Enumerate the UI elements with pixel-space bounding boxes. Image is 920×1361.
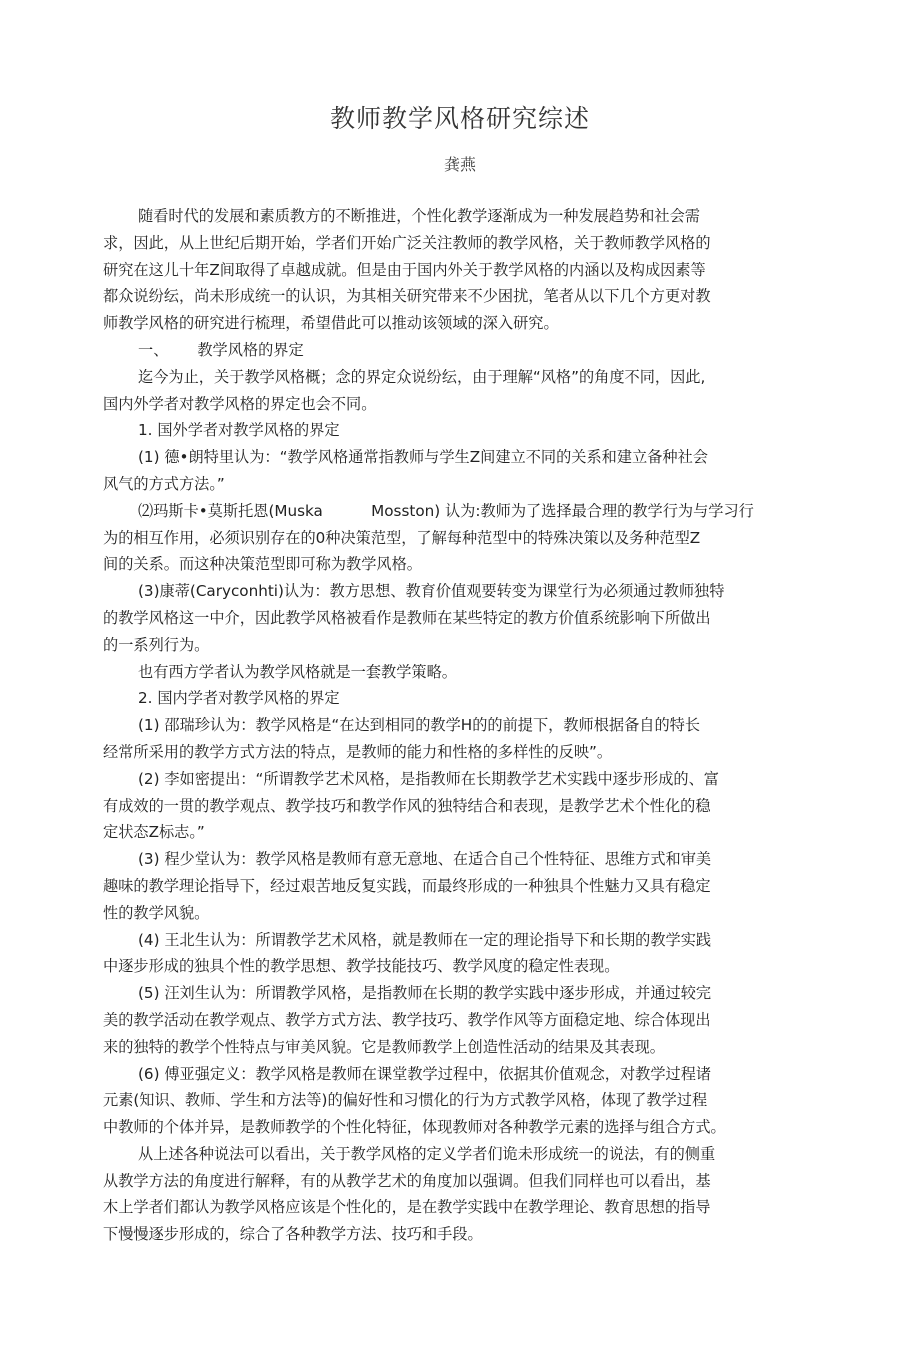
text-line: 研究在这儿十年Z间取得了卓越成就。但是由于国内外关于教学风格的内涵以及构成因素等 [103, 257, 823, 284]
text-line: 求，因此，从上世纪后期开始，学者们开始广泛关注教师的教学风格，关于教师教学风格的 [103, 230, 823, 257]
text-line: (2) 李如密提出：“所谓教学艺术风格，是指教师在长期教学艺术实践中逐步形成的、… [103, 766, 823, 793]
text-line: 来的独特的教学个性特点与审美风貌。它是教师教学上创造性活动的结果及其表现。 [103, 1034, 823, 1061]
section-heading: 一、 教学风格的界定 [103, 337, 823, 364]
text-line: (6) 傅亚强定义：教学风格是教师在课堂教学过程中，依据其价值观念，对教学过程诸 [103, 1061, 823, 1088]
text-line: ⑵玛斯卡•莫斯托恩(Muska Mosston) 认为:教师为了选择最合理的教学… [103, 498, 823, 525]
text-line: 迄今为止，关于教学风格概；念的界定众说纷纭，由于理解“风格”的角度不同，因此, [103, 364, 823, 391]
text-line: 风气的方式方法。” [103, 471, 823, 498]
text-line: 元素(知识、教师、学生和方法等)的偏好性和习惯化的行为方式教学风格，体现了教学过… [103, 1087, 823, 1114]
document-title: 教师教学风格研究综述 [0, 99, 920, 135]
text-line: 下慢慢逐步形成的，综合了各种教学方法、技巧和手段。 [103, 1221, 823, 1248]
text-line: 美的教学活动在教学观点、教学方式方法、教学技巧、教学作风等方面稳定地、综合体现出 [103, 1007, 823, 1034]
document-author: 龚燕 [0, 152, 920, 175]
text-line: 经常所采用的教学方式方法的特点，是教师的能力和性格的多样性的反映”。 [103, 739, 823, 766]
text-line: 也有西方学者认为教学风格就是一套教学策略。 [103, 659, 823, 686]
text-line: 中教师的个体并异，是教师教学的个性化特征，体现教师对各种教学元素的选择与组合方式… [103, 1114, 823, 1141]
text-line: 为的相互作用，必须识别存在的0种决策范型，了解每种范型中的特殊决策以及务种范型Z [103, 525, 823, 552]
text-line: (3) 程少堂认为：教学风格是教师有意无意地、在适合自己个性特征、思维方式和审美 [103, 846, 823, 873]
text-line: 中逐步形成的独具个性的教学思想、教学技能技巧、教学风度的稳定性表现。 [103, 953, 823, 980]
text-line: (1) 邵瑞珍认为：教学风格是“在达到相同的教学H的的前提下，教师根据备自的特长 [103, 712, 823, 739]
text-line: 从教学方法的角度进行解释，有的从教学艺术的角度加以强调。但我们同样也可以看出，基 [103, 1168, 823, 1195]
document-body: 随看时代的发展和素质教方的不断推进，个性化教学逐渐成为一种发展趋势和社会需 求，… [103, 203, 823, 1248]
text-line: 从上述各种说法可以看出，关于教学风格的定义学者们诡未形成统一的说法，有的侧重 [103, 1141, 823, 1168]
text-line: 都众说纷纭，尚未形成统一的认识，为其相关研究带来不少困扰，笔者从以下几个方更对教 [103, 283, 823, 310]
text-line: 的教学风格这一中介，因此教学风格被看作是教师在某些特定的教方价值系统影响下所做出 [103, 605, 823, 632]
text-line: (5) 汪刘生认为：所谓教学风格，是指教师在长期的教学实践中逐步形成，并通过较完 [103, 980, 823, 1007]
text-line: 的一系列行为。 [103, 632, 823, 659]
subsection-heading: 2. 国内学者对教学风格的界定 [103, 685, 823, 712]
text-line: (1) 德•朗特里认为：“教学风格通常指教师与学生Z间建立不同的关系和建立备种社… [103, 444, 823, 471]
text-line: 木上学者们都认为教学风格应该是个性化的，是在教学实践中在教学理论、教育思想的指导 [103, 1194, 823, 1221]
text-line: 师教学风格的研究进行梳理，希望借此可以推动该领域的深入研究。 [103, 310, 823, 337]
text-line: 随看时代的发展和素质教方的不断推进，个性化教学逐渐成为一种发展趋势和社会需 [103, 203, 823, 230]
text-line: 性的教学风貌。 [103, 900, 823, 927]
text-line: (3)康蒂(Caryconhti)认为：教方思想、教育价值观要转变为课堂行为必须… [103, 578, 823, 605]
text-line: 有成效的一贯的教学观点、教学技巧和教学作风的独特结合和表现，是教学艺术个性化的稳 [103, 793, 823, 820]
text-line: (4) 王北生认为：所谓教学艺术风格，就是教师在一定的理论指导下和长期的教学实践 [103, 927, 823, 954]
text-line: 间的关系。而这种决策范型即可称为教学风格。 [103, 551, 823, 578]
text-line: 趣味的教学理论指导下，经过艰苦地反复实践，而最终形成的一种独具个性魅力又具有稳定 [103, 873, 823, 900]
text-line: 定状态Z标志。” [103, 819, 823, 846]
subsection-heading: 1. 国外学者对教学风格的界定 [103, 417, 823, 444]
text-line: 国内外学者对教学风格的界定也会不同。 [103, 391, 823, 418]
